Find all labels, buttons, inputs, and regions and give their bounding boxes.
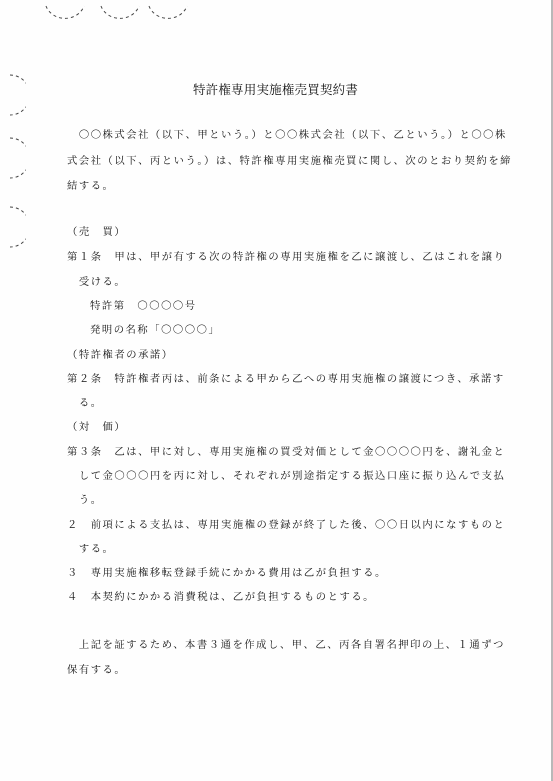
punch-hole-mark-icon [2,136,26,180]
preamble-line: 結する。 [67,179,114,193]
article3-heading: （対 価） [67,420,126,434]
article1-line: 第１条 甲は、甲が有する次の特許権の専用実施権を乙に譲渡し、乙はこれを譲り [67,250,505,264]
closing-line: 上記を証するため、本書３通を作成し、甲、乙、丙各自署名押印の上、１通ずつ [67,638,505,652]
closing-line: 保有する。 [67,663,126,677]
article3-para2: する。 [67,542,114,556]
article3-para3: ３ 専用実施権移転登録手続にかかる費用は乙が負担する。 [67,566,387,580]
document-page: 特許権専用実施権売買契約書 〇〇株式会社（以下、甲という。）と〇〇株式会社（以下… [0,0,551,781]
article2-line: る。 [67,396,103,410]
document-title: 特許権専用実施権売買契約書 [0,80,551,98]
punch-hole-mark-icon [147,2,189,24]
article2-heading: （特許権者の承諾） [67,348,174,362]
article1-heading: （売 買） [67,225,126,239]
invention-name: 発明の名称「〇〇〇〇」 [90,323,220,337]
article1-line: 受ける。 [67,275,126,289]
article3-line: う。 [67,493,103,507]
article3-line: 第３条 乙は、甲に対し、専用実施権の買受対価として金〇〇〇〇円を、謝礼金と [67,445,505,459]
punch-hole-mark-icon [2,205,26,249]
article2-line: 第２条 特許権者丙は、前条による甲から乙への専用実施権の譲渡につき、承諾す [67,372,505,386]
article3-para4: ４ 本契約にかかる消費税は、乙が負担するものとする。 [67,590,375,604]
punch-hole-mark-icon [44,2,86,24]
patent-number: 特許第 〇〇〇〇号 [90,299,197,313]
preamble-line: 式会社（以下、丙という。）は、特許権専用実施権売買に関し、次のとおり契約を締 [67,154,512,168]
article3-line: して金〇〇〇円を丙に対し、それぞれが別途指定する振込口座に振り込んで支払 [67,469,505,483]
preamble-line: 〇〇株式会社（以下、甲という。）と〇〇株式会社（以下、乙という。）と〇〇株 [67,128,507,142]
article3-para2: ２ 前項による支払は、専用実施権の登録が終了した後、〇〇日以内になすものと [67,518,505,532]
punch-hole-mark-icon [99,2,141,24]
